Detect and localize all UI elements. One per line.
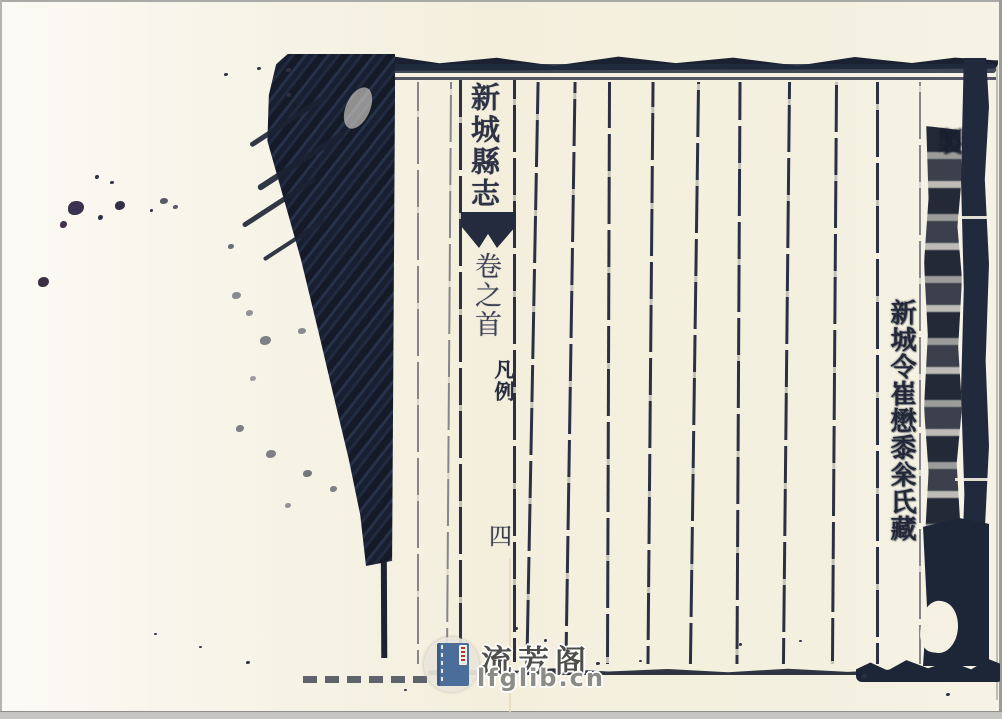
column-rule: [564, 82, 576, 664]
column-rule: [831, 82, 838, 664]
frame-top-line: [381, 77, 996, 80]
fishtail-mark-icon: [461, 211, 516, 251]
column-rule: [689, 82, 700, 664]
ink-band-crack: [955, 478, 989, 481]
scan-bottom-gray-strip: [0, 711, 1002, 719]
page-number: 四: [482, 524, 515, 547]
volume-heading: 卷之首: [466, 252, 505, 352]
section-label: 凡例: [489, 359, 518, 417]
scan-right-hairline: [996, 60, 998, 700]
book-title: 新城縣志: [464, 82, 505, 222]
colophon-text: 新城令崔懋黍枀氏藏: [883, 299, 920, 565]
colophon-left-rule: [876, 82, 879, 664]
frame-top-ink-band-inner: [370, 64, 996, 73]
column-rule: [782, 82, 791, 664]
scanned-gazetteer-page: 新城縣志 卷之首 凡例 四 新城令崔懋黍枀氏藏 製: [0, 0, 1002, 719]
banxin-left-rule: [459, 80, 462, 662]
column-rule: [646, 82, 654, 664]
column-rule: [735, 82, 741, 664]
scan-top-edge: [0, 0, 1002, 2]
ink-band-crack: [958, 216, 992, 219]
scan-left-edge: [0, 0, 2, 719]
stitched-book-icon: [424, 637, 479, 692]
frame-bottom-left-stub: [303, 676, 435, 683]
column-rule: [417, 82, 419, 664]
column-rule: [606, 82, 611, 664]
column-rule: [446, 82, 452, 664]
column-rule: [525, 82, 539, 664]
watermark-site-url: lfglib.cn: [477, 664, 605, 692]
